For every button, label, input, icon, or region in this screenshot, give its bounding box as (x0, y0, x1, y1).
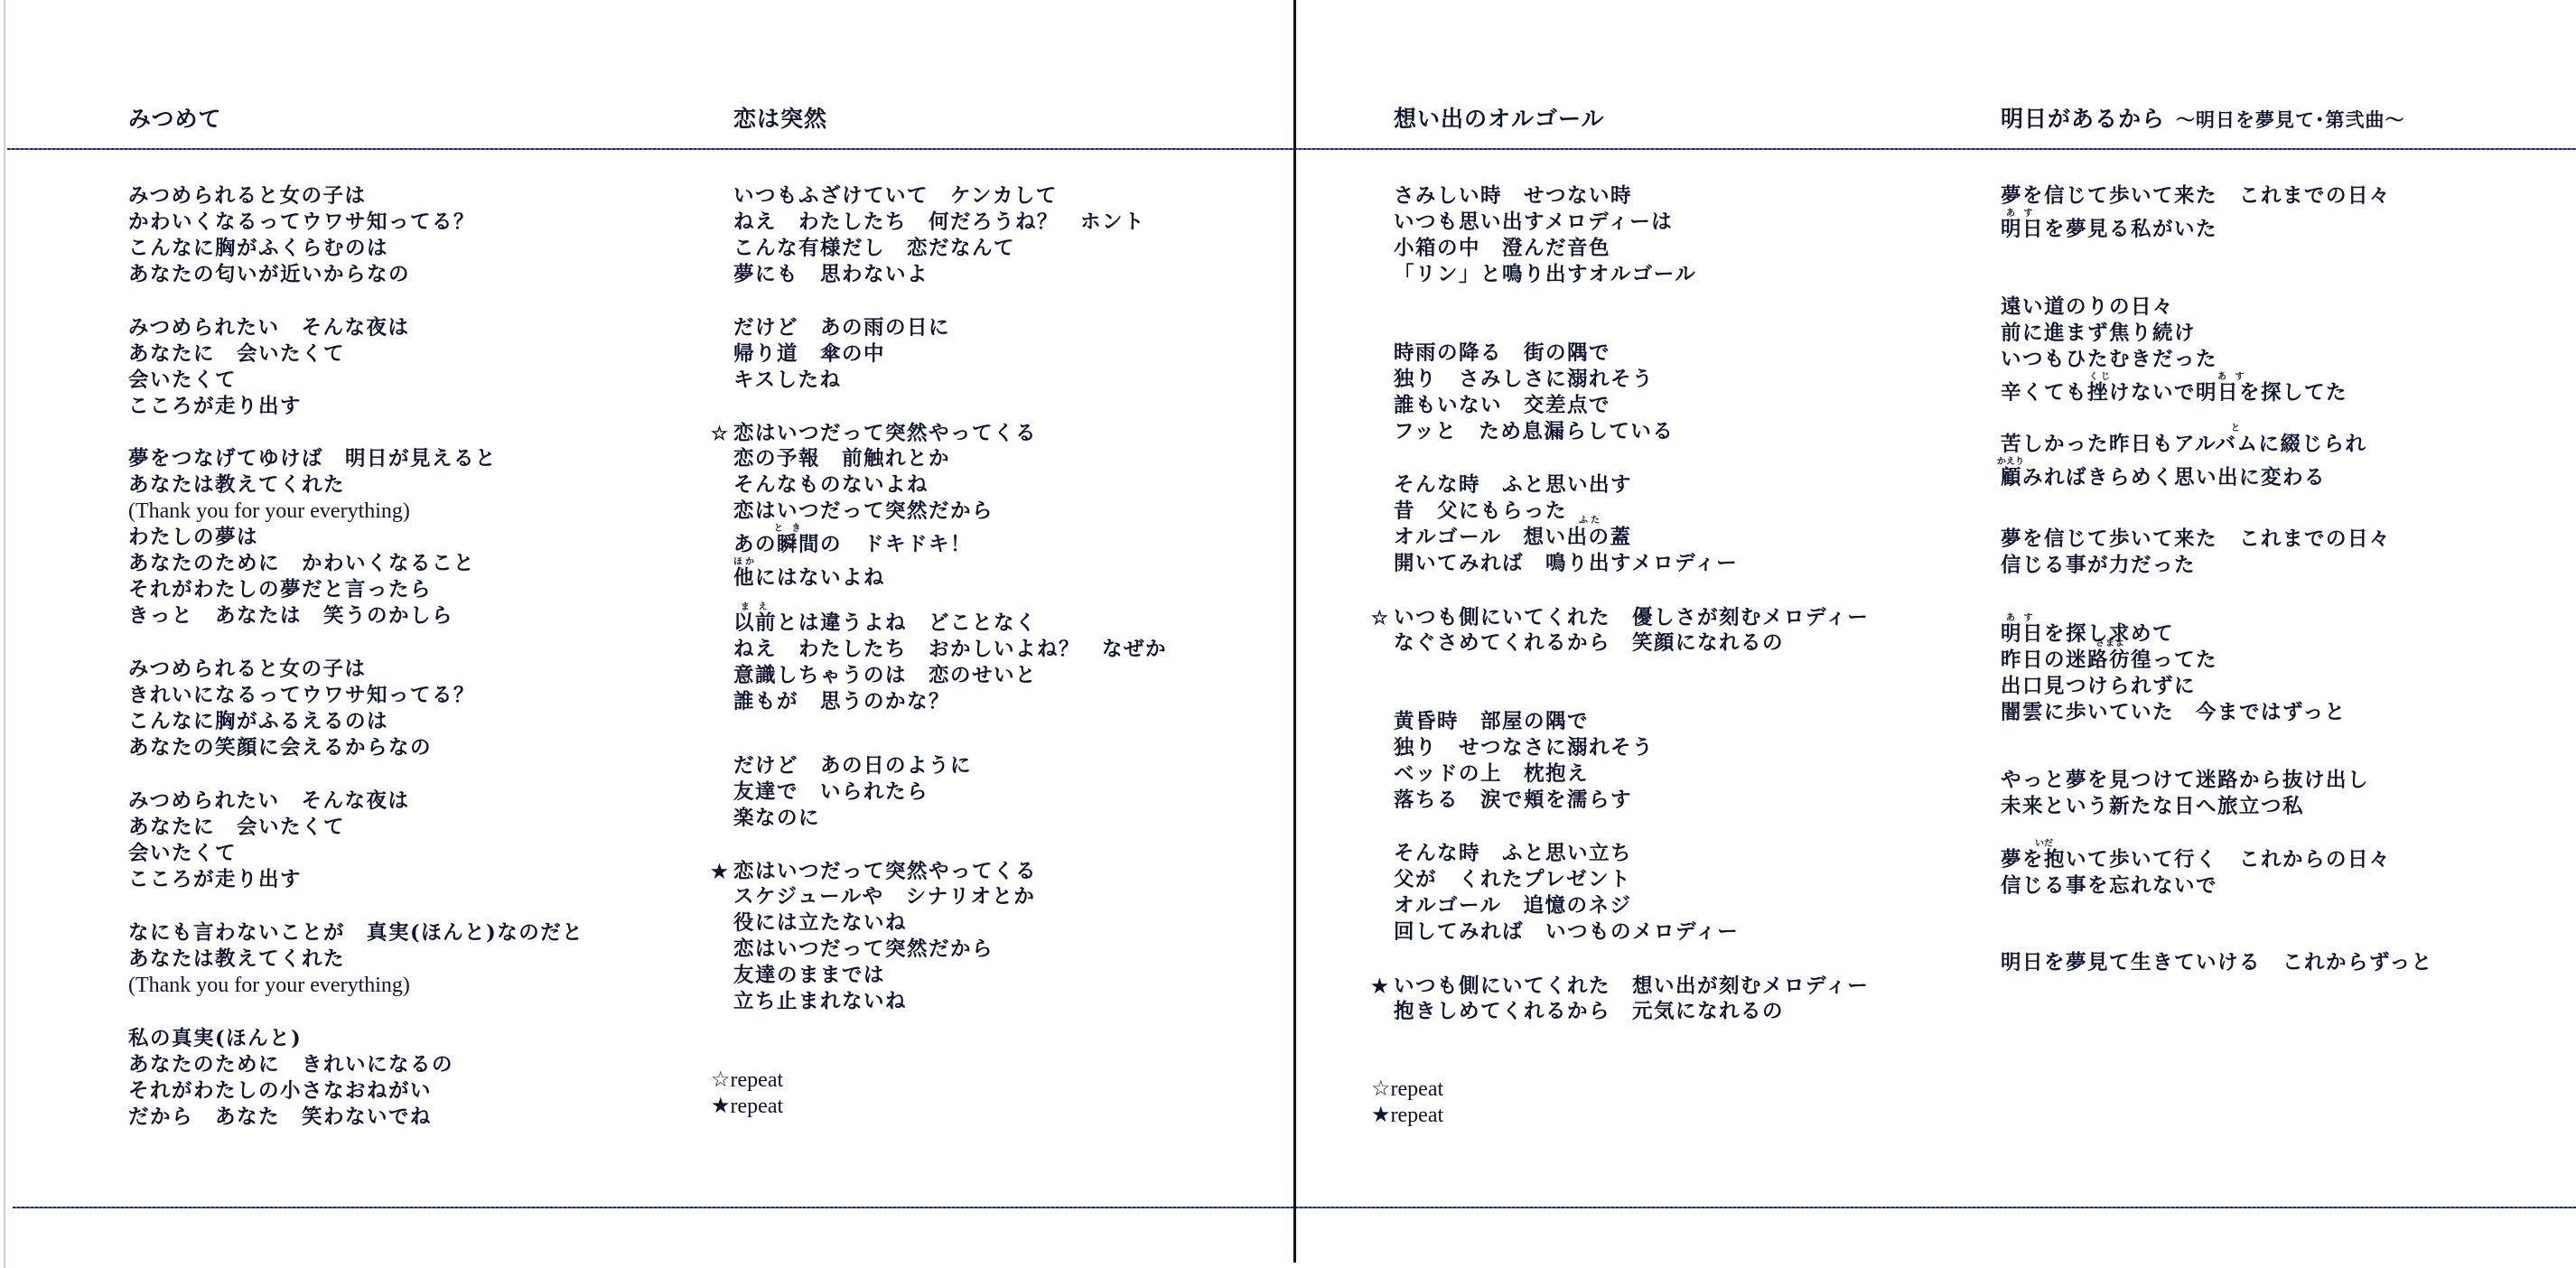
lyric-line: 誰もが 思うのかな？ (733, 689, 1167, 715)
verse-7: 私の真実(ほんと) あなたのために きれいになるの それがわたしの小さなおねがい… (128, 1026, 453, 1131)
lyric-line: あなたのために かわいくなること (128, 551, 497, 577)
ruby-text: あ す (2006, 614, 2035, 623)
verse-3: そんな時 ふと思い出す 昔 父にもらった ふたオルゴール 想い出の蓋 開いてみれ… (1394, 472, 1738, 577)
verse-1: さみしい時 せつない時 いつも思い出すメロディーは 小箱の中 澄んだ音色 「リン… (1394, 183, 1696, 288)
lyric-line: 黄昏時 部屋の隅で (1394, 709, 1654, 735)
verse-3: ま え以前とは違うよね どことなく ねえ わたしたち おかしいよね？ なぜか 意… (733, 603, 1167, 715)
lyric-line: 落ちる 涙で頬を濡らす (1394, 788, 1654, 814)
outro: 明日を夢見て生きていける これからずっと (2001, 950, 2433, 976)
lyric-line: いつもひたむきだった (2001, 347, 2347, 373)
verse-3: 夢をつなげてゆけば 明日が見えると あなたは教えてくれた (Thank you … (128, 446, 497, 629)
lyric-line: こんな有様だし 恋だなんて (733, 236, 1145, 262)
lyric-line: 抱きしめてくれるから 元気になれるの (1394, 999, 1869, 1025)
lyric-line: なぐさめてくれるから 笑顔になれるの (1394, 630, 1869, 657)
verse-1: みつめられると女の子は かわいくなるってウワサ知ってる？ こんなに胸がふくらむの… (128, 183, 475, 288)
lyric-line: こころが走り出す (128, 867, 410, 893)
lyric-line: 意識しちゃうのは 恋のせいと (733, 663, 1167, 689)
lyric-line-with-ruby: かえり顧みればきらめく思い出に変わる (2001, 458, 2367, 491)
lyric-line: 独り さみしさに溺れそう (1394, 367, 1674, 393)
lyric-line: 明日を夢見て生きていける これからずっと (2001, 950, 2433, 976)
lyric-line: 夢を信じて歩いて来た これまでの日々 (2001, 183, 2391, 210)
lyric-line: きっと あなたは 笑うのかしら (128, 603, 497, 629)
chorus-star-open: ☆恋はいつだって突然やってくる 恋の予報 前触れとか そんなものないよね 恋はい… (733, 420, 1037, 592)
verse-2: 遠い道のりの日々 前に進まず焦り続け いつもひたむきだった くじあ す辛くても挫… (2001, 294, 2347, 406)
lyric-line: ★恋はいつだって突然やってくる (711, 858, 1037, 884)
lyric-line: 友達で いられたら (733, 779, 972, 806)
black-star-icon: ★ (711, 858, 733, 884)
lyric-line: みつめられると女の子は (128, 657, 475, 683)
lyric-line: こころが走り出す (128, 394, 410, 420)
lyric-line: ベッドの上 枕抱え (1394, 761, 1654, 788)
lyric-line: みつめられたい そんな夜は (128, 788, 410, 815)
lyric-line: いつも思い出すメロディーは (1394, 210, 1696, 236)
chorus-1: 夢を信じて歩いて来た これまでの日々 信じる事が力だった (2001, 527, 2391, 579)
lyric-line: あなたの匂いが近いからなの (128, 262, 475, 288)
lyric-line: 楽なのに (733, 806, 972, 832)
ruby-text: ほか (733, 558, 757, 567)
lyric-line: あなたに 会いたくて (128, 341, 410, 368)
lyric-line: あなたの笑顔に会えるからなの (128, 735, 475, 761)
lyric-line: いつもふざけていて ケンカして (733, 183, 1145, 210)
lyric-line: それがわたしの夢だと言ったら (128, 577, 497, 603)
song-subtitle: ～明日を夢見て･第弐曲～ (2176, 108, 2405, 131)
verse-4: みつめられると女の子は きれいになるってウワサ知ってる？ こんなに胸がふるえるの… (128, 657, 475, 761)
lyric-line: きれいになるってウワサ知ってる？ (128, 683, 475, 709)
repeat-line: ★repeat (1371, 1103, 1443, 1129)
verse-5: やっと夢を見つけて迷路から抜け出し 未来という新たな日へ旅立つ私 (2001, 768, 2369, 820)
lyric-line: そんなものないよね (733, 472, 1037, 499)
repeat-line: ★repeat (711, 1094, 783, 1120)
lyric-line-with-ruby: くじあ す辛くても挫けないで明日を探してた (2001, 373, 2347, 406)
lyric-line: オルゴール 追憶のネジ (1394, 893, 1739, 919)
verse-5: みつめられたい そんな夜は あなたに 会いたくて 会いたくて こころが走り出す (128, 788, 410, 893)
lyric-line: 開いてみれば 鳴り出すメロディー (1394, 551, 1738, 577)
lyric-line: 恋はいつだって突然だから (733, 937, 1037, 963)
lyric-line: 出口見つけられずに (2001, 674, 2347, 700)
ruby-text: あ す (2217, 373, 2246, 382)
lyric-line-with-ruby: あ す明日を夢見る私がいた (2001, 210, 2391, 243)
lyric-line: 闇雲に歩いていた 今まではずっと (2001, 700, 2347, 726)
lyric-line-with-ruby: ほか他にはないよね (733, 558, 1037, 592)
page-spine-divider (1293, 0, 1296, 1263)
lyric-line-english: (Thank you for your everything) (128, 499, 497, 525)
lyric-line: 夢を信じて歩いて来た これまでの日々 (2001, 527, 2391, 553)
lyric-line: 時雨の降る 街の隅で (1394, 340, 1674, 367)
verse-4: 黄昏時 部屋の隅で 独り せつなさに溺れそう ベッドの上 枕抱え 落ちる 涙で頬… (1394, 709, 1654, 814)
lyric-line: こんなに胸がふくらむのは (128, 236, 475, 262)
ruby-text: かえり (1997, 458, 2024, 467)
lyric-line: やっと夢を見つけて迷路から抜け出し (2001, 768, 2369, 794)
lyric-line: 会いたくて (128, 841, 410, 867)
song-title: 明日があるから～明日を夢見て･第弐曲～ (2001, 101, 2405, 134)
lyric-line: かわいくなるってウワサ知ってる？ (128, 210, 475, 236)
lyric-line: 恋はいつだって突然だから (733, 499, 1037, 525)
ruby-text: ま え (741, 603, 770, 612)
lyric-line: ねえ わたしたち おかしいよね？ なぜか (733, 637, 1167, 663)
lyric-line: 前に進まず焦り続け (2001, 321, 2347, 347)
verse-4: だけど あの日のように 友達で いられたら 楽なのに (733, 753, 972, 832)
song-title: 想い出のオルゴール (1394, 101, 1605, 134)
lyric-line: 未来という新たな日へ旅立つ私 (2001, 794, 2369, 820)
lyric-line: それがわたしの小さなおねがい (128, 1078, 453, 1105)
verse-4: あ す明日を探し求めて さまよ昨日の迷路彷徨ってた 出口見つけられずに 闇雲に歩… (2001, 614, 2347, 726)
lyric-line: 信じる事を忘れないで (2001, 873, 2391, 900)
lyric-line: 帰り道 傘の中 (733, 341, 950, 368)
lyric-line: だけど あの日のように (733, 753, 972, 779)
lyric-line: 昔 父にもらった (1394, 499, 1738, 525)
lyric-line: 私の真実(ほんと) (128, 1026, 453, 1052)
lyric-line: 役には立たないね (733, 910, 1037, 937)
lyric-line: ☆恋はいつだって突然やってくる (711, 420, 1037, 446)
lyric-line: 夢をつなげてゆけば 明日が見えると (128, 446, 497, 472)
lyric-line: そんな時 ふと思い出す (1394, 472, 1738, 499)
lyric-line: 誰もいない 交差点で (1394, 393, 1674, 419)
lyric-line: 友達のままでは (733, 963, 1037, 989)
lyric-line: 小箱の中 澄んだ音色 (1394, 236, 1696, 262)
lyric-line-with-ruby: と きあの瞬間の ドキドキ！ (733, 525, 1037, 558)
lyric-line: 父が くれたプレゼント (1394, 867, 1739, 893)
lyric-line: 「リン」と鳴り出すオルゴール (1394, 262, 1696, 288)
lyric-line: わたしの夢は (128, 525, 497, 551)
black-star-icon: ★ (1371, 973, 1394, 999)
page-edge (4, 0, 5, 1268)
lyric-line: 会いたくて (128, 368, 410, 394)
lyric-line-with-ruby: ま え以前とは違うよね どことなく (733, 603, 1167, 637)
repeat-line: ☆repeat (711, 1068, 783, 1094)
ruby-text: くじ (2089, 373, 2113, 382)
lyric-line: キスしたね (733, 368, 950, 394)
lyric-line-with-ruby: と苦しかった昨日もアルバムに綴じられ (2001, 424, 2367, 458)
white-star-icon: ☆ (711, 420, 733, 446)
ruby-text: さまよ (2095, 639, 2125, 648)
lyric-line: みつめられたい そんな夜は (128, 315, 410, 341)
lyric-line-with-ruby: あ す明日を探し求めて (2001, 614, 2347, 648)
ruby-text: ふた (1579, 517, 1602, 526)
header-rule (7, 148, 2576, 150)
lyric-line: 回してみれば いつものメロディー (1394, 919, 1739, 946)
verse-2: だけど あの雨の日に 帰り道 傘の中 キスしたね (733, 315, 950, 394)
ruby-text: と き (774, 525, 803, 534)
lyric-line-english: (Thank you for your everything) (128, 973, 583, 999)
verse-2: 時雨の降る 街の隅で 独り さみしさに溺れそう 誰もいない 交差点で フッと た… (1394, 340, 1674, 445)
lyric-line: みつめられると女の子は (128, 183, 475, 210)
lyric-line: なにも言わないことが 真実(ほんと)なのだと (128, 920, 583, 946)
lyric-line: だから あなた 笑わないでね (128, 1105, 453, 1131)
lyric-line: こんなに胸がふるえるのは (128, 709, 475, 735)
ruby-text: いだ (2035, 840, 2053, 849)
lyric-line: ★いつも側にいてくれた 想い出が刻むメロディー (1371, 973, 1869, 999)
lyric-line: 独り せつなさに溺れそう (1394, 735, 1654, 761)
ruby-text: あ す (2006, 210, 2035, 219)
chorus-star-open: ☆いつも側にいてくれた 優しさが刻むメロディー なぐさめてくれるから 笑顔になれ… (1394, 604, 1869, 657)
lyric-line-with-ruby: さまよ昨日の迷路彷徨ってた (2001, 648, 2347, 674)
lyric-line: あなたに 会いたくて (128, 815, 410, 841)
chorus-star-filled: ★いつも側にいてくれた 想い出が刻むメロディー 抱きしめてくれるから 元気になれ… (1394, 973, 1869, 1025)
lyric-line: だけど あの雨の日に (733, 315, 950, 341)
lyric-line: ねえ わたしたち 何だろうね？ ホント (733, 210, 1145, 236)
song-title: みつめて (128, 101, 222, 134)
verse-6: なにも言わないことが 真実(ほんと)なのだと あなたは教えてくれた (Thank… (128, 920, 583, 999)
lyric-line: さみしい時 せつない時 (1394, 183, 1696, 210)
lyric-line: ☆いつも側にいてくれた 優しさが刻むメロディー (1371, 604, 1869, 630)
lyric-line: 恋の予報 前触れとか (733, 446, 1037, 472)
lyric-line: あなたは教えてくれた (128, 946, 583, 973)
chorus-2: いだ夢を抱いて歩いて行く これからの日々 信じる事を忘れないで (2001, 840, 2391, 900)
verse-1: 夢を信じて歩いて来た これまでの日々 あ す明日を夢見る私がいた (2001, 183, 2391, 243)
lyric-line: 立ち止まれないね (733, 989, 1037, 1015)
repeat-line: ☆repeat (1371, 1077, 1443, 1103)
chorus-star-filled: ★恋はいつだって突然やってくる スケジュールや シナリオとか 役には立たないね … (733, 858, 1037, 1015)
verse-5: そんな時 ふと思い立ち 父が くれたプレゼント オルゴール 追憶のネジ 回してみ… (1394, 841, 1739, 946)
song-title: 恋は突然 (733, 101, 827, 134)
lyric-line: あなたのために きれいになるの (128, 1052, 453, 1078)
verse-1: いつもふざけていて ケンカして ねえ わたしたち 何だろうね？ ホント こんな有… (733, 183, 1145, 288)
lyric-line: スケジュールや シナリオとか (733, 884, 1037, 910)
verse-2: みつめられたい そんな夜は あなたに 会いたくて 会いたくて こころが走り出す (128, 315, 410, 420)
lyric-line: あなたは教えてくれた (128, 472, 497, 499)
lyric-line: 遠い道のりの日々 (2001, 294, 2347, 321)
verse-3: と苦しかった昨日もアルバムに綴じられ かえり顧みればきらめく思い出に変わる (2001, 424, 2367, 491)
white-star-icon: ☆ (1371, 604, 1394, 630)
lyric-line: 信じる事が力だった (2001, 553, 2391, 579)
lyric-line-with-ruby: いだ夢を抱いて歩いて行く これからの日々 (2001, 840, 2391, 873)
repeat-instructions: ☆repeat ★repeat (711, 1068, 783, 1120)
lyric-line: そんな時 ふと思い立ち (1394, 841, 1739, 867)
lyric-line-with-ruby: ふたオルゴール 想い出の蓋 (1394, 525, 1738, 551)
lyric-line: フッと ため息漏らしている (1394, 419, 1674, 445)
lyric-line: 夢にも 思わないよ (733, 262, 1145, 288)
ruby-text: と (2231, 424, 2243, 434)
repeat-instructions: ☆repeat ★repeat (1371, 1077, 1443, 1129)
